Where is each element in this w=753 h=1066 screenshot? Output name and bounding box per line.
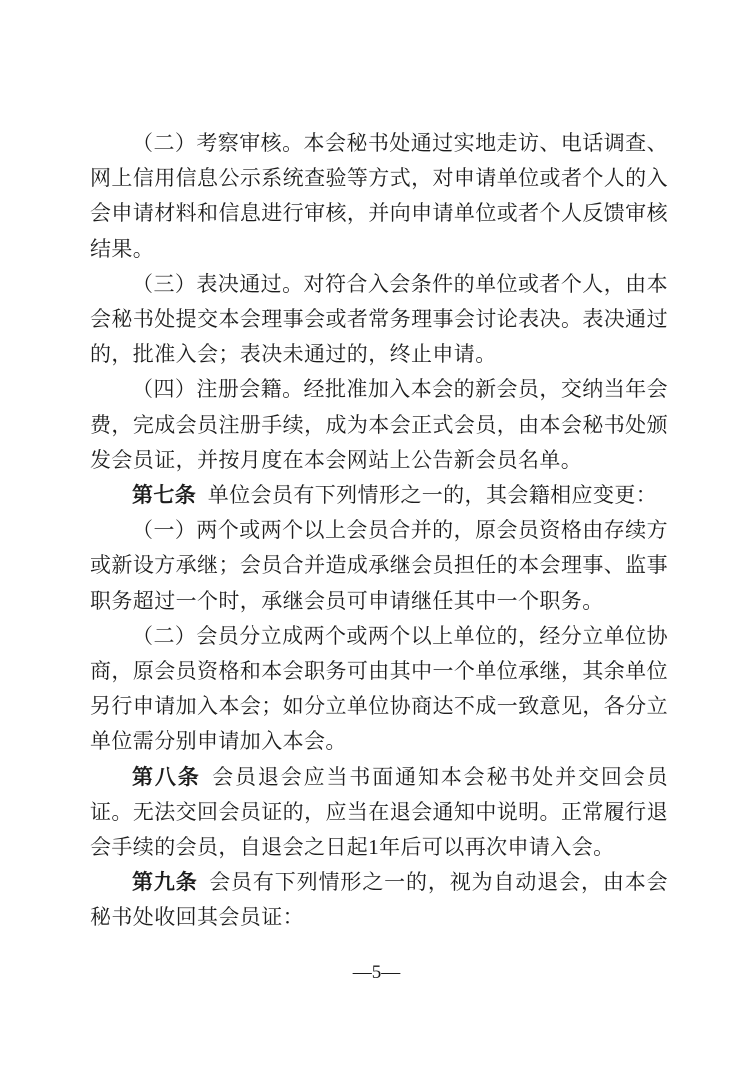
paragraph-text: （一）两个或两个以上会员合并的，原会员资格由存续方或新设方承继；会员合并造成承继… [90, 518, 668, 612]
paragraph: （二）会员分立成两个或两个以上单位的，经分立单位协商，原会员资格和本会职务可由其… [90, 619, 668, 760]
paragraph-text: （三）表决通过。对符合入会条件的单位或者个人，由本会秘书处提交本会理事会或者常务… [90, 272, 668, 366]
paragraph: （四）注册会籍。经批准加入本会的新会员，交纳当年会费，完成会员注册手续，成为本会… [90, 372, 668, 478]
paragraph: （一）两个或两个以上会员合并的，原会员资格由存续方或新设方承继；会员合并造成承继… [90, 513, 668, 619]
article-number: 第九条 [132, 870, 198, 894]
document-page: （二）考察审核。本会秘书处通过实地走访、电话调查、网上信用信息公示系统查验等方式… [0, 0, 753, 1066]
document-body: （二）考察审核。本会秘书处通过实地走访、电话调查、网上信用信息公示系统查验等方式… [90, 126, 668, 936]
paragraph-text: 单位会员有下列情形之一的，其会籍相应变更： [208, 483, 657, 507]
article-number: 第八条 [132, 765, 201, 789]
article-number: 第七条 [132, 483, 196, 507]
paragraph: （三）表决通过。对符合入会条件的单位或者个人，由本会秘书处提交本会理事会或者常务… [90, 267, 668, 373]
paragraph: 第九条会员有下列情形之一的，视为自动退会，由本会秘书处收回其会员证： [90, 865, 668, 935]
paragraph-text: （四）注册会籍。经批准加入本会的新会员，交纳当年会费，完成会员注册手续，成为本会… [90, 377, 668, 471]
paragraph: 第八条会员退会应当书面通知本会秘书处并交回会员证。无法交回会员证的，应当在退会通… [90, 760, 668, 866]
page-number: —5— [0, 961, 753, 985]
paragraph: 第七条单位会员有下列情形之一的，其会籍相应变更： [90, 478, 668, 513]
paragraph: （二）考察审核。本会秘书处通过实地走访、电话调查、网上信用信息公示系统查验等方式… [90, 126, 668, 267]
paragraph-text: （二）会员分立成两个或两个以上单位的，经分立单位协商，原会员资格和本会职务可由其… [90, 624, 668, 754]
paragraph-text: （二）考察审核。本会秘书处通过实地走访、电话调查、网上信用信息公示系统查验等方式… [90, 131, 668, 261]
